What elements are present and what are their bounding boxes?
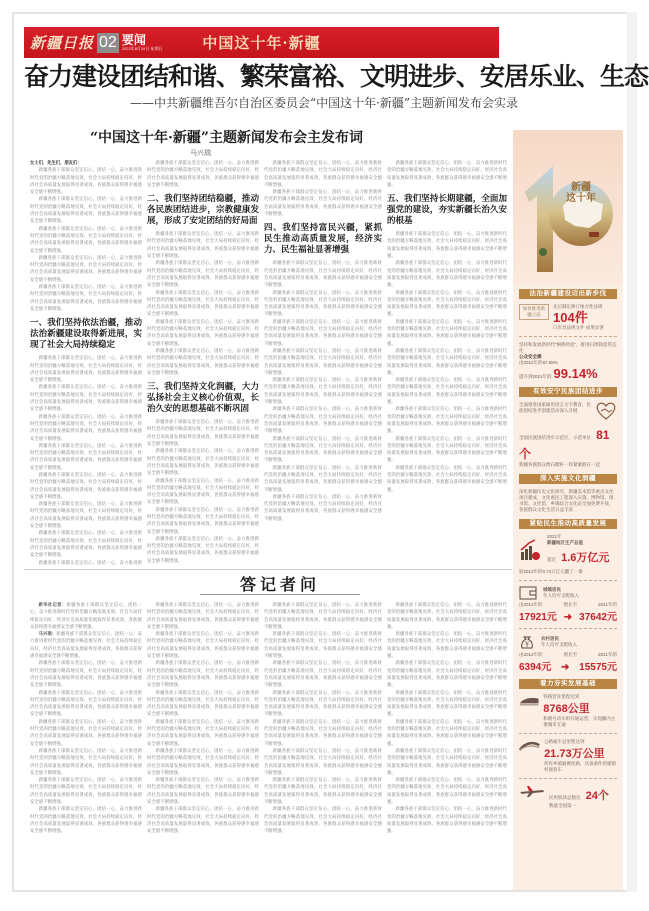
article-column-4: 新疆各族干部群众坚定信心，团结一心，奋力推进新时代党的治疆方略落地见效，社会大局… [387,160,507,565]
body-paragraph: 新疆各族干部群众坚定信心，团结一心，奋力推进新时代党的治疆方略落地见效，社会大局… [264,494,382,523]
article-column-1: 女士们、先生们，朋友们： 新疆各族干部群众坚定信心，团结一心，奋力推进新时代党的… [30,160,142,565]
body-paragraph: 新疆各族干部群众坚定信心，团结一心，奋力推进新时代党的治疆方略落地见效，社会大局… [30,690,142,719]
rural-income-stat: ¥ 农村居民 年人均可支配收入 由2012年的 增长至 2021年的 6394元… [513,632,623,675]
hero-badge: 新疆 这十年 [565,182,597,204]
body-paragraph: 新疆各族干部群众坚定信心，团结一心，奋力推进新时代党的治疆方略落地见效，社会大局… [387,406,507,435]
body-paragraph: 新疆各族干部群众坚定信心，团结一心，奋力推进新时代党的治疆方略落地见效，社会大局… [387,260,507,289]
body-paragraph: 新疆各族干部群众坚定信心，团结一心，奋力推进新时代党的治疆方略落地见效，社会大局… [147,660,259,689]
banner-title: 中国这十年·新疆 [24,32,499,53]
body-paragraph: 新疆各族干部群众坚定信心，团结一心，奋力推进新时代党的治疆方略落地见效，社会大局… [264,406,382,435]
body-paragraph: 新疆各族干部群众坚定信心，团结一心，奋力推进新时代党的治疆方略落地见效，社会大局… [147,448,259,477]
body-paragraph: 新疆各族干部群众坚定信心，团结一心，奋力推进新时代党的治疆方略落地见效，社会大局… [30,748,142,777]
airport-stat: 民用机场总数达 24个 数量全国第一 [513,782,623,811]
body-paragraph: 新疆各族干部群众坚定信心，团结一心，奋力推进新时代党的治疆方略落地见效，社会大局… [387,602,507,631]
safety-stat: 坚持和发展新时代“枫桥经验”，推进扫黑除恶常态化 公众安全感 由2012年的87… [513,340,623,383]
body-paragraph: 新疆各族干部群众坚定信心，团结一心，奋力推进新时代党的治疆方略落地见效，社会大局… [264,377,382,406]
body-paragraph: 新疆各族干部群众坚定信心，团结一心，奋力推进新时代党的治疆方略落地见效，社会大局… [264,806,382,835]
body-paragraph: 新疆各族干部群众坚定信心，团结一心，奋力推进新时代党的治疆方略落地见效，社会大局… [147,348,259,377]
dashed-divider [519,336,617,337]
ten-numeral-icon [519,144,616,279]
safety-extra: 坚持和发展新时代“枫桥经验”，推进扫黑除恶常态化 [519,342,617,354]
body-paragraph: 新疆各族干部群众坚定信心，团结一心，奋力推进新时代党的治疆方略落地见效，社会大局… [387,231,507,260]
legislation-value: 104件 [553,310,604,325]
rail-note: 和谐号动车组开通运营，实现疆内主要城市互通 [543,716,617,728]
increase-arrow-icon: ➜ [564,612,572,623]
legislation-stat: 加快推进新疆立法 先后制定修订地方性法规 104件 口岸及法规文件 成果显著 [513,302,623,333]
body-paragraph: 新疆各族干部群众坚定信心，团结一心，奋力推进新时代党的治疆方略落地见效，社会大局… [30,284,142,313]
article-title: “中国这十年·新疆”主题新闻发布会主发布词 [90,127,430,147]
body-paragraph: 新疆各族干部群众坚定信心，团结一心，奋力推进新时代党的治疆方略落地见效，社会大局… [264,160,382,189]
body-paragraph: 新疆各族干部群众坚定信心，团结一心，奋力推进新时代党的治疆方略落地见效，社会大局… [264,690,382,719]
body-paragraph: 新疆各族干部群众坚定信心，团结一心，奋力推进新时代党的治疆方略落地见效，社会大局… [264,602,382,631]
body-paragraph: 新疆各族干部群众坚定信心，团结一心，奋力推进新时代党的治疆方略落地见效，社会大局… [30,226,142,255]
page-gutter [627,12,637,892]
body-paragraph: 新疆各族干部群众坚定信心，团结一心，奋力推进新时代党的治疆方略落地见效，社会大局… [147,806,259,835]
sidebar-band-culture: 深入实施文化润疆 [519,474,617,484]
body-paragraph: 新疆各族干部群众坚定信心，团结一心，奋力推进新时代党的治疆方略落地见效，社会大局… [264,319,382,348]
body-paragraph: 新疆各族干部群众坚定信心，团结一心，奋力推进新时代党的治疆方略落地见效，社会大局… [147,536,259,565]
body-paragraph: 新疆各族干部群众坚定信心，团结一心，奋力推进新时代党的治疆方略落地见效，社会大局… [147,631,259,660]
highway-icon [519,739,540,753]
body-paragraph: 新疆各族干部群众坚定信心，团结一心，奋力推进新时代党的治疆方略落地见效，社会大局… [264,465,382,494]
legislation-label: 加快推进新疆立法 [519,304,549,320]
urban-from-value: 17921元 [519,608,557,623]
article-author: 马兴瑞 [190,148,211,158]
section-heading-3: 三、我们坚持文化润疆，大力弘扬社会主义核心价值观，长治久安的思想基础不断巩固 [147,382,259,415]
body-paragraph: 新疆各族干部群众坚定信心，团结一心，奋力推进新时代党的治疆方略落地见效，社会大局… [30,255,142,284]
body-paragraph: 新疆各族干部群众坚定信心，团结一心，奋力推进新时代党的治疆方略落地见效，社会大局… [147,478,259,507]
airport-title: 民用机场总数达 [549,795,581,800]
body-paragraph: 新疆各族干部群众坚定信心，团结一心，奋力推进新时代党的治疆方略落地见效，社会大局… [264,290,382,319]
airplane-icon [519,784,545,798]
body-paragraph: 新疆各族干部群众坚定信心，团结一心，奋力推进新时代党的治疆方略落地见效，社会大局… [264,748,382,777]
hero-badge-line2: 这十年 [565,193,597,204]
unity-stat-suffix: 新疆各族群众像石榴籽一样紧紧抱在一起 [519,462,617,468]
section-heading-1: 一、我们坚持依法治疆，推动法治新疆建设取得新进展，实现了社会大局持续稳定 [30,318,142,351]
urban-subtitle: 年人均可支配收入 [543,593,579,599]
body-paragraph: 新疆各族干部群众坚定信心，团结一心，奋力推进新时代党的治疆方略落地见效，社会大局… [264,660,382,689]
body-paragraph: 新疆各族干部群众坚定信心，团结一心，奋力推进新时代党的治疆方略落地见效，社会大局… [147,602,259,631]
body-paragraph: 新疆各族干部群众坚定信心，团结一心，奋力推进新时代党的治疆方略落地见效，社会大局… [30,414,142,443]
body-paragraph: 新疆各族干部群众坚定信心，团结一心，奋力推进新时代党的治疆方略落地见效，社会大局… [30,472,142,501]
body-paragraph: 新疆各族干部群众坚定信心，团结一心，奋力推进新时代党的治疆方略落地见效，社会大局… [147,419,259,448]
dashed-divider [519,580,617,581]
body-paragraph: 新疆各族干部群众坚定信心，团结一心，奋力推进新时代党的治疆方略落地见效，社会大局… [387,465,507,494]
rural-from-value: 6394元 [519,658,551,673]
urban-to-value: 37642元 [579,608,617,623]
hero-badge-line1: 新疆 [565,182,597,193]
body-paragraph: 新疆各族干部群众坚定信心，团结一心，奋力推进新时代党的治疆方略落地见效，社会大局… [264,719,382,748]
body-paragraph: 新疆各族干部群众坚定信心，团结一心，奋力推进新时代党的治疆方略落地见效，社会大局… [30,719,142,748]
culture-text: 深化新疆历史文化研究，新疆美术馆等重点文化项目建成，文化惠民工程深入实施，博物馆… [519,489,617,513]
growth-chart-icon [519,538,543,562]
body-paragraph: 新疆各族干部群众坚定信心，团结一心，奋力推进新时代党的治疆方略落地见效，社会大局… [30,167,142,196]
body-paragraph: 新疆各族干部群众坚定信心，团结一心，奋力推进新时代党的治疆方略落地见效，社会大局… [30,777,142,806]
section-heading-5: 五、我们坚持长期建疆，全面加强党的建设，夯实新疆长治久安的根基 [387,194,507,227]
airport-note: 数量全国第一 [549,803,609,809]
body-paragraph: 新疆各族干部群众坚定信心，团结一心，奋力推进新时代党的治疆方略落地见效，社会大局… [147,748,259,777]
body-paragraph: 新疆各族干部群众坚定信心，团结一心，奋力推进新时代党的治疆方略落地见效，社会大局… [147,290,259,319]
body-paragraph: 新疆各族干部群众坚定信心，团结一心，奋力推进新时代党的治疆方略落地见效，社会大局… [30,443,142,472]
answer-label: 马兴瑞： [39,632,57,637]
section-heading-4: 四、我们坚持富民兴疆，紧抓民生推动高质量发展，经济实力、民生福祉显著增强 [264,223,382,256]
dashed-divider [519,628,617,629]
urban-arrow-label: 增长至 [564,602,578,608]
safety-to-prefix: 提升到2021年的 [519,374,552,380]
section-name: 要闻 [122,34,163,46]
body-paragraph: 新疆各族干部群众坚定信心，团结一心，奋力推进新时代党的治疆方略落地见效，社会大局… [264,777,382,806]
body-paragraph: 新疆各族干部群众坚定信心，团结一心，奋力推进新时代党的治疆方略落地见效，社会大局… [147,319,259,348]
rural-to-value: 15575元 [579,658,617,673]
issue-date: 2022年8月28日 星期日 [122,46,163,52]
body-paragraph: 新疆各族干部群众坚定信心，团结一心，奋力推进新时代党的治疆方略落地见效，社会大局… [387,290,507,319]
body-paragraph: 新疆各族干部群众坚定信心，团结一心，奋力推进新时代党的治疆方略落地见效，社会大局… [147,260,259,289]
qa-column-3: 新疆各族干部群众坚定信心，团结一心，奋力推进新时代党的治疆方略落地见效，社会大局… [264,602,382,890]
sidebar-band-infrastructure: 着力夯实发展基础 [519,679,617,689]
body-paragraph: 新疆各族干部群众坚定信心，团结一心，奋力推进新时代党的治疆方略落地见效，社会大局… [30,660,142,689]
body-paragraph: 新疆各族干部群众坚定信心，团结一心，奋力推进新时代党的治疆方略落地见效，社会大局… [30,384,142,413]
section-label: 要闻 2022年8月28日 星期日 [122,34,163,52]
wallet-icon [519,586,537,600]
body-paragraph: 新疆各族干部群众坚定信心，团结一心，奋力推进新时代党的治疆方略落地见效，社会大局… [387,719,507,748]
body-paragraph: 新疆各族干部群众坚定信心，团结一心，奋力推进新时代党的治疆方略落地见效，社会大局… [30,355,142,384]
body-paragraph: 新疆各族干部群众坚定信心，团结一心，奋力推进新时代党的治疆方略落地见效，社会大局… [264,348,382,377]
newspaper-logo: 新疆日报 [30,32,94,53]
body-paragraph: 新疆各族干部群众坚定信心，团结一心，奋力推进新时代党的治疆方略落地见效，社会大局… [264,260,382,289]
train-icon [519,694,539,708]
article-column-3: 新疆各族干部群众坚定信心，团结一心，奋力推进新时代党的治疆方略落地见效，社会大局… [264,160,382,565]
dashed-divider [519,778,617,779]
road-note: 所有乡镇通硬化路，具备条件的建制村通客车 [544,761,617,773]
urban-income-stat: 城镇居民 年人均可支配收入 由2012年的 增长至 2021年的 17921元 … [513,584,623,625]
gdp-note: 较2012年的0.74万亿元翻了一番 [513,567,623,577]
qa-column-1: 新华社记者：新疆各族干部群众坚定信心，团结一心，奋力推进新时代党的治疆方略落地见… [30,602,142,890]
body-paragraph: 新疆各族干部群众坚定信心，团结一心，奋力推进新时代党的治疆方略落地见效，社会大局… [387,348,507,377]
body-paragraph: 新疆各族干部群众坚定信心，团结一心，奋力推进新时代党的治疆方略落地见效，社会大局… [147,231,259,260]
body-paragraph: 新疆各族干部群众坚定信心，团结一心，奋力推进新时代党的治疆方略落地见效，社会大局… [387,690,507,719]
body-paragraph: 新疆各族干部群众坚定信心，团结一心，奋力推进新时代党的治疆方略落地见效，社会大局… [387,436,507,465]
body-paragraph: 新疆各族干部群众坚定信心，团结一心，奋力推进新时代党的治疆方略落地见效，社会大局… [30,806,142,835]
body-paragraph: 新疆各族干部群众坚定信心，团结一心，奋力推进新时代党的治疆方略落地见效，社会大局… [264,631,382,660]
unity-text: 全面推进国家通用语言文字教育，民族团结进步创建活动深入开展 [519,402,592,420]
page-subheadline: ——中共新疆维吾尔自治区委员会“中国这十年·新疆”主题新闻发布会实录 [24,95,624,111]
sidebar-band-ethnic-unity: 有效安宁民族团结进步 [519,387,617,397]
body-paragraph: 新疆各族干部群众坚定信心，团结一心，奋力推进新时代党的治疆方略落地见效，社会大局… [387,777,507,806]
question-label: 新华社记者： [39,603,67,608]
svg-text:¥: ¥ [524,642,529,649]
body-paragraph: 新疆各族干部群众坚定信心，团结一心，奋力推进新时代党的治疆方略落地见效，社会大局… [387,631,507,660]
infographic-sidebar: 新疆 这十年 法治新疆建设迈出新步伐 加快推进新疆立法 先后制定修订地方性法规 … [513,130,623,890]
page-headline: 奋力建设团结和谐、繁荣富裕、文明进步、安居乐业、生态良好的美好新疆 [24,61,624,93]
unity-stat-value: 81个 [519,428,609,461]
section-divider [24,569,512,570]
gdp-stat: 2021年 新疆地区生产总值 超过 1.6万亿元 [513,532,623,567]
body-paragraph: 新疆各族干部群众坚定信心，团结一心，奋力推进新时代党的治疆方略落地见效，社会大局… [264,189,382,218]
body-paragraph: 新疆各族干部群众坚定信心，团结一心，奋力推进新时代党的治疆方略落地见效，社会大局… [30,501,142,530]
body-paragraph: 新疆各族干部群众坚定信心，团结一心，奋力推进新时代党的治疆方略落地见效，社会大局… [387,660,507,689]
legislation-note: 口岸及法规文件 成果显著 [553,325,604,331]
qa-section-title: 答记者问 [180,572,380,595]
body-paragraph: 新疆各族干部群众坚定信心，团结一心，奋力推进新时代党的治疆方略落地见效，社会大局… [387,319,507,348]
gdp-value: 1.6万亿元 [561,552,609,564]
body-paragraph: 新疆各族干部群众坚定信心，团结一心，奋力推进新时代党的治疆方略落地见效，社会大局… [147,690,259,719]
page-number: 02 [97,33,119,53]
sidebar-band-livelihood: 紧贴民生推动高质量发展 [519,519,617,529]
article-column-2: 新疆各族干部群众坚定信心，团结一心，奋力推进新时代党的治疆方略落地见效，社会大局… [147,160,259,565]
infographic-hero: 新疆 这十年 [513,130,623,285]
safety-to-value: 99.14% [554,366,598,381]
body-paragraph: 新疆各族干部群众坚定信心，团结一心，奋力推进新时代党的治疆方略落地见效，社会大局… [264,436,382,465]
qa-title-rule [200,594,360,595]
unity-block: 全面推进国家通用语言文字教育，民族团结进步创建活动深入开展 [513,400,623,422]
unity-stat-prefix: 全国民族团结进步示范区、示范单位 [519,435,591,440]
section-heading-2: 二、我们坚持团结稳疆，推动各民族团结进步，宗教健康发展，形成了安定团结的好局面 [147,194,259,227]
gdp-prefix: 超过 [547,557,556,562]
qa-column-2: 新疆各族干部群众坚定信心，团结一心，奋力推进新时代党的治疆方略落地见效，社会大局… [147,602,259,890]
increase-arrow-icon: ➜ [561,662,569,673]
culture-block: 深化新疆历史文化研究，新疆美术馆等重点文化项目建成，文化惠民工程深入实施，博物馆… [513,487,623,515]
airport-value: 24个 [586,790,609,802]
salutation: 女士们、先生们，朋友们： [30,160,142,167]
body-paragraph: 新疆各族干部群众坚定信心，团结一心，奋力推进新时代党的治疆方略落地见效，社会大局… [387,748,507,777]
body-paragraph: 新疆各族干部群众坚定信心，团结一心，奋力推进新时代党的治疆方略落地见效，社会大局… [387,806,507,835]
body-paragraph: 新疆各族干部群众坚定信心，团结一心，奋力推进新时代党的治疆方略落地见效，社会大局… [147,719,259,748]
body-paragraph: 新疆各族干部群众坚定信心，团结一心，奋力推进新时代党的治疆方略落地见效，社会大局… [30,196,142,225]
masthead-banner: 新疆日报 02 要闻 2022年8月28日 星期日 中国这十年·新疆 [24,27,499,58]
handshake-heart-icon [595,402,617,420]
rural-arrow-label: 增长至 [564,652,578,658]
body-paragraph: 新疆各族干部群众坚定信心，团结一心，奋力推进新时代党的治疆方略落地见效，社会大局… [147,507,259,536]
body-paragraph: 新疆各族干部群众坚定信心，团结一心，奋力推进新时代党的治疆方略落地见效，社会大局… [387,377,507,406]
body-paragraph: 新疆各族干部群众坚定信心，团结一心，奋力推进新时代党的治疆方略落地见效，社会大局… [387,160,507,189]
road-value: 21.73万公里 [544,745,617,761]
rail-value: 8768公里 [543,700,617,716]
qa-column-4: 新疆各族干部群众坚定信心，团结一心，奋力推进新时代党的治疆方略落地见效，社会大局… [387,602,507,890]
rail-stat: 铁路营业里程达到 8768公里 和谐号动车组开通运营，实现疆内主要城市互通 [513,692,623,730]
rural-subtitle: 年人均可支配收入 [541,642,577,648]
body-paragraph: 新疆各族干部群众坚定信心，团结一心，奋力推进新时代党的治疆方略落地见效，社会大局… [30,530,142,559]
road-stat: 公路通车总里程达到 21.73万公里 所有乡镇通硬化路，具备条件的建制村通客车 [513,737,623,775]
money-bag-icon: ¥ [519,634,535,650]
body-paragraph: 新疆各族干部群众坚定信心，团结一心，奋力推进新时代党的治疆方略落地见效，社会大局… [30,560,142,565]
unity-stat: 全国民族团结进步示范区、示范单位 81个 新疆各族群众像石榴籽一样紧紧抱在一起 [513,422,623,470]
dashed-divider [519,733,617,734]
body-paragraph: 新疆各族干部群众坚定信心，团结一心，奋力推进新时代党的治疆方略落地见效，社会大局… [147,777,259,806]
body-paragraph: 新疆各族干部群众坚定信心，团结一心，奋力推进新时代党的治疆方略落地见效，社会大局… [147,160,259,189]
sidebar-band-rule-of-law: 法治新疆建设迈出新步伐 [519,289,617,299]
